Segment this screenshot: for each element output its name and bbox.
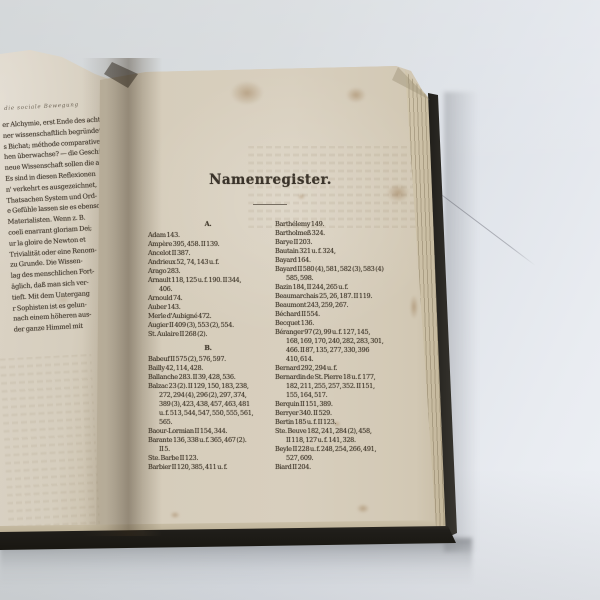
text-line: Babeuf II 575 (2), 576, 597. [148, 355, 268, 364]
index-column-right: Barthélemy 149.Bartholmeß 324.Barye II 2… [275, 220, 395, 472]
text-line: Ampère 395, 458. II 139. [148, 240, 268, 249]
text-line: Berryer 340. II 529. [275, 409, 395, 418]
text-line: 527, 609. [275, 454, 395, 463]
text-line: Bailly 42, 114, 428. [148, 364, 268, 373]
text-line: 406. [148, 285, 268, 294]
text-line: Becquet 136. [275, 319, 395, 328]
text-line: B. [148, 344, 268, 353]
text-line: Andrieux 52, 74, 143 u. f. [148, 258, 268, 267]
text-line: Béchard II 554. [275, 310, 395, 319]
left-page-running-header: die sociale Bewegung [4, 102, 79, 112]
text-line: 168, 169, 170, 240, 282, 283, 301, [275, 337, 395, 346]
text-line: Bazin 184, II 244, 265 u. f. [275, 283, 395, 292]
text-line: Beyle II 228 u. f. 248, 254, 266, 491, [275, 445, 395, 454]
text-line: u. f. 513, 544, 547, 550, 555, 561, [148, 409, 268, 418]
text-line: II 118, 127 u. f. 141, 328. [275, 436, 395, 445]
text-line: Arnault 118, 125 u. f. 190. II 344, [148, 276, 268, 285]
text-line: 182, 211, 255, 257, 352. II 151, [275, 382, 395, 391]
text-line: Bayard 164. [275, 256, 395, 265]
text-line: Baour-Lormian II 154, 344. [148, 427, 268, 436]
book-photo-scene: die sociale Bewegung er Alchymie, erst E… [0, 0, 600, 600]
text-line: St. Aulaire II 268 (2). [148, 330, 268, 339]
right-page: Namenregister. A.Adam 143.Ampère 395, 45… [88, 58, 460, 540]
text-line: Augier II 409 (3), 553 (2), 554. [148, 321, 268, 330]
text-line: Bernard 292, 294 u. f. [275, 364, 395, 373]
text-line: Ballanche 283. II 39, 428, 536. [148, 373, 268, 382]
text-line: Bartholmeß 324. [275, 229, 395, 238]
text-line: II 5. [148, 445, 268, 454]
text-line: Bertin 185 u. f. II 123. [275, 418, 395, 427]
text-line: 410, 614. [275, 355, 395, 364]
text-line: Auber 143. [148, 303, 268, 312]
text-line: Barante 136, 338 u. f. 365, 467 (2). [148, 436, 268, 445]
text-line: Balzac 23 (2). II 129, 150, 183, 238, [148, 382, 268, 391]
text-line: Berquin II 151, 389. [275, 400, 395, 409]
text-line: Bautain 321 u. f. 324, [275, 247, 395, 256]
text-line: Arnould 74. [148, 294, 268, 303]
text-line: Ancelot II 387. [148, 249, 268, 258]
text-line: Adam 143. [148, 231, 268, 240]
text-line: 389 (3), 423, 438, 457, 463, 481 [148, 400, 268, 409]
text-line: 272, 294 (4), 296 (2), 297, 374, [148, 391, 268, 400]
text-line: Merle d'Aubigné 472. [148, 312, 268, 321]
text-line: Ste. Beuve 182, 241, 284 (2), 458, [275, 427, 395, 436]
text-line: Barye II 203. [275, 238, 395, 247]
text-line: Arago 283. [148, 267, 268, 276]
text-line: 155, 164, 517. [275, 391, 395, 400]
text-line: Biard II 204. [275, 463, 395, 472]
text-line: Bayard II 580 (4), 581, 582 (3), 583 (4) [275, 265, 395, 274]
text-line: Ste. Barbe II 123. [148, 454, 268, 463]
text-line: 466. II 87, 135, 277, 330, 396 [275, 346, 395, 355]
text-line: Beaumont 243, 259, 267. [275, 301, 395, 310]
text-line: Béranger 97 (2), 99 u. f. 127, 145, [275, 328, 395, 337]
text-line: 585, 598. [275, 274, 395, 283]
text-line: Barbier II 120, 385, 411 u. f. [148, 463, 268, 472]
text-line: Bernardin de St. Pierre 18 u. f. 177, [275, 373, 395, 382]
text-line: Beaumarchais 25, 26, 187. II 119. [275, 292, 395, 301]
text-line: 565. [148, 418, 268, 427]
index-column-left: A.Adam 143.Ampère 395, 458. II 139.Ancel… [148, 220, 268, 472]
show-through-text-left-page [0, 354, 100, 531]
